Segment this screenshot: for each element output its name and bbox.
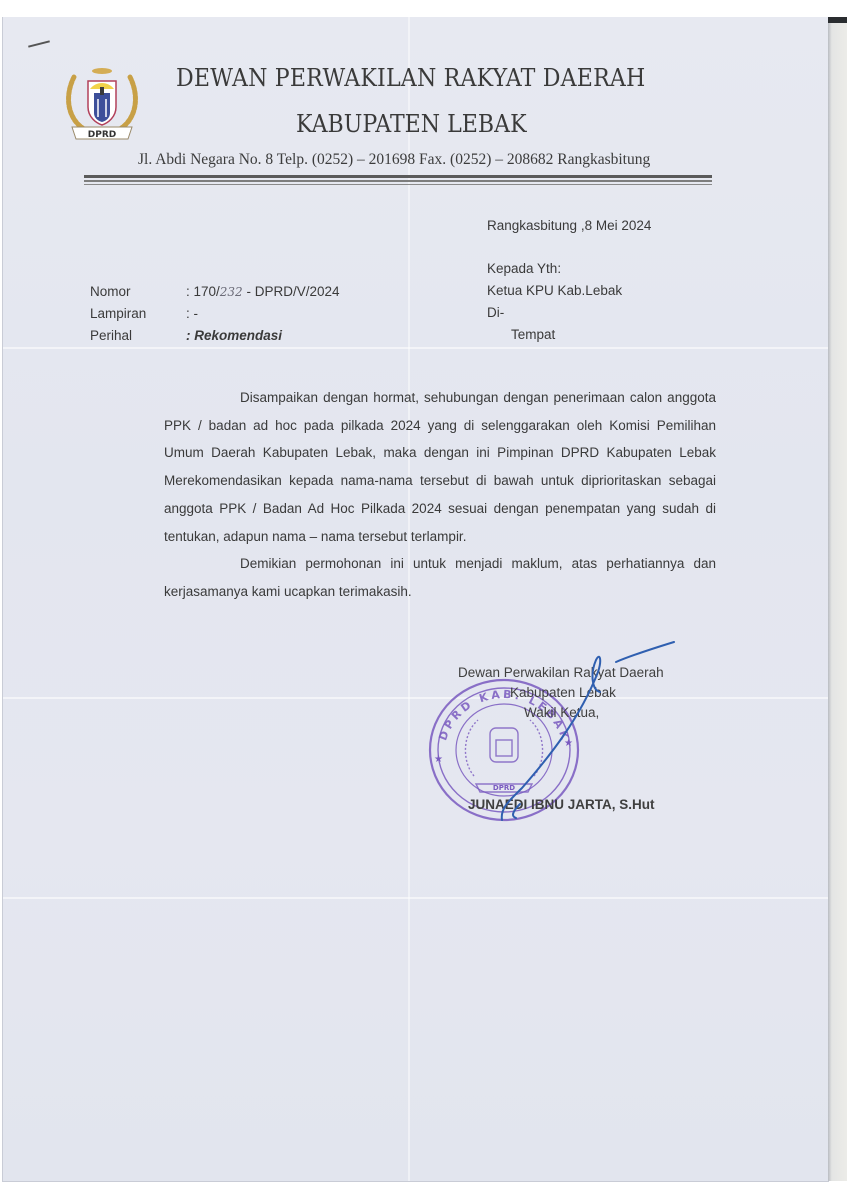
letter-body: Disampaikan dengan hormat, sehubungan de… — [164, 384, 716, 606]
meta-label-lampiran: Lampiran — [90, 306, 146, 321]
svg-text:DPRD: DPRD — [88, 130, 116, 140]
institution-name: DEWAN PERWAKILAN RAKYAT DAERAH — [176, 64, 673, 92]
dprd-logo-icon: DPRD — [62, 63, 142, 145]
paper-fold — [3, 697, 829, 699]
letterhead-divider — [84, 184, 712, 185]
letterhead-address: Jl. Abdi Negara No. 8 Telp. (0252) – 201… — [138, 151, 650, 169]
letter-date: Rangkasbitung ,8 Mei 2024 — [487, 218, 651, 233]
page-edge-shadow — [828, 17, 847, 23]
letterhead-divider — [84, 180, 712, 182]
meta-value-lampiran: : - — [186, 306, 198, 321]
recipient-place: Tempat — [511, 327, 555, 342]
body-paragraph: Demikian permohonan ini untuk menjadi ma… — [164, 550, 716, 605]
page-edge — [828, 17, 847, 1181]
letterhead-divider — [84, 175, 712, 178]
paper-fold — [3, 347, 829, 349]
nomor-suffix: - DPRD/V/2024 — [246, 284, 339, 299]
body-paragraph: Disampaikan dengan hormat, sehubungan de… — [164, 384, 716, 550]
recipient-at: Di- — [487, 305, 504, 320]
meta-value-nomor: : 170/232 - DPRD/V/2024 — [186, 284, 340, 299]
handwritten-signature-icon — [430, 638, 690, 838]
recipient-name: Ketua KPU Kab.Lebak — [487, 283, 622, 298]
nomor-handwritten: 232 — [220, 285, 243, 299]
recipient-salutation: Kepada Yth: — [487, 261, 561, 276]
meta-label-perihal: Perihal — [90, 328, 132, 343]
nomor-prefix: : 170/ — [186, 284, 220, 299]
regency-name: KABUPATEN LEBAK — [296, 110, 527, 138]
paper-fold — [3, 897, 829, 899]
meta-label-nomor: Nomor — [90, 284, 131, 299]
meta-value-perihal: : Rekomendasi — [186, 328, 282, 343]
